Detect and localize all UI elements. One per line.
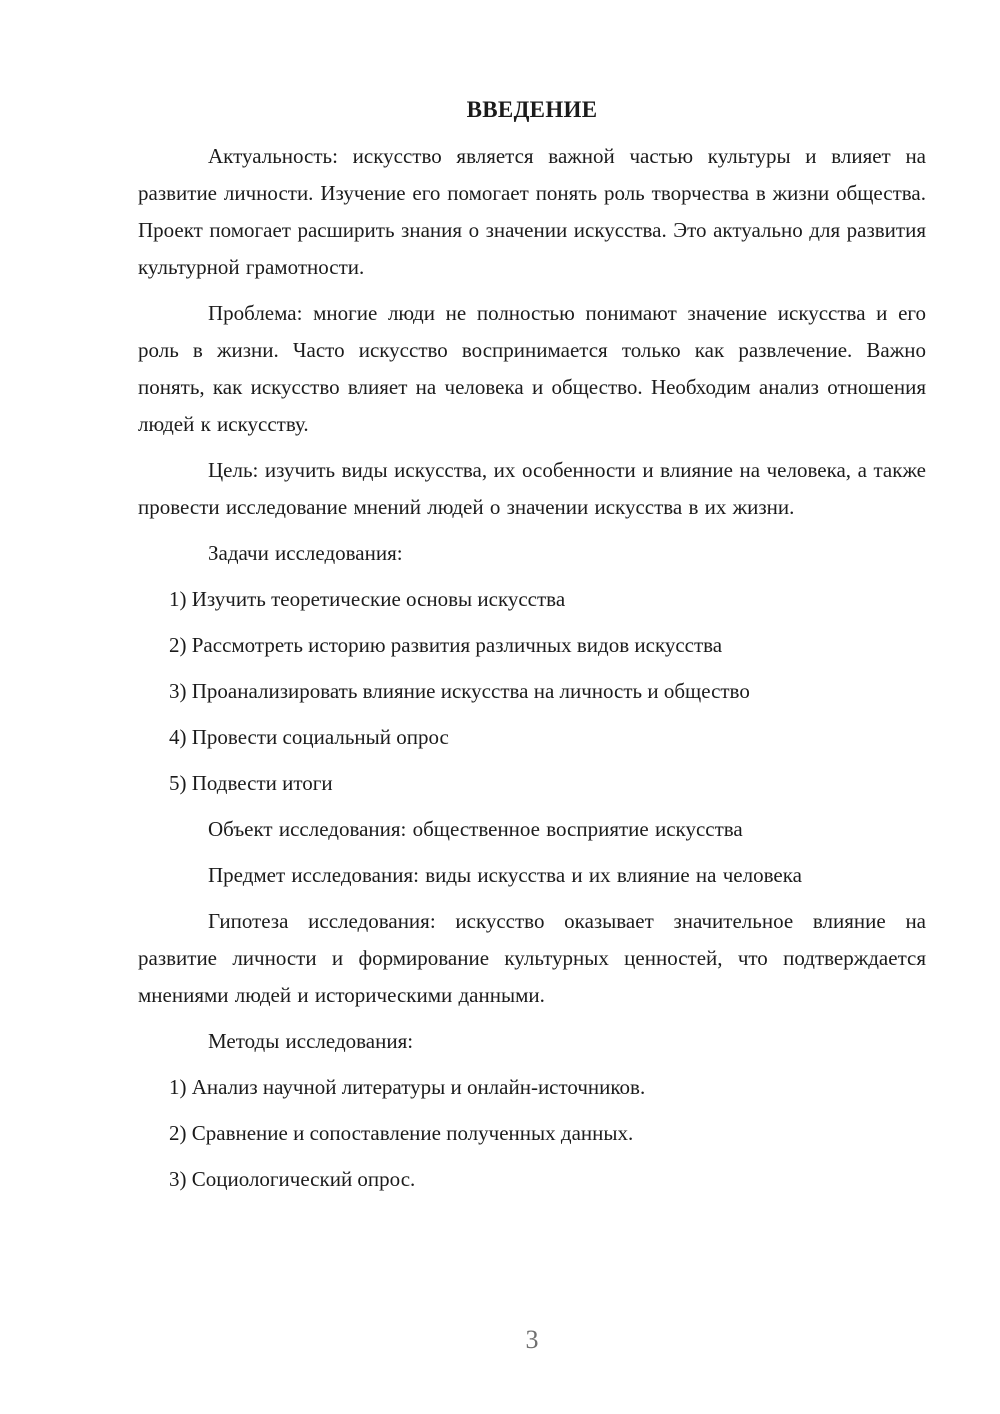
method-list-item: 3) Социологический опрос. [138, 1161, 926, 1198]
paragraph-goal: Цель: изучить виды искусства, их особенн… [138, 452, 926, 526]
paragraph-hypothesis: Гипотеза исследования: искусство оказыва… [138, 903, 926, 1014]
paragraph-object: Объект исследования: общественное воспри… [138, 811, 926, 848]
task-list-item: 3) Проанализировать влияние искусства на… [138, 673, 926, 710]
page-number: 3 [138, 1324, 926, 1356]
method-list-item: 2) Сравнение и сопоставление полученных … [138, 1115, 926, 1152]
task-list-item: 1) Изучить теоретические основы искусств… [138, 581, 926, 618]
task-list-item: 5) Подвести итоги [138, 765, 926, 802]
method-list-item: 1) Анализ научной литературы и онлайн-ис… [138, 1069, 926, 1106]
section-title: ВВЕДЕНИЕ [138, 96, 926, 124]
document-page: ВВЕДЕНИЕ Актуальность: искусство являетс… [0, 0, 1000, 1414]
paragraph-relevance: Актуальность: искусство является важной … [138, 138, 926, 286]
task-list-item: 2) Рассмотреть историю развития различны… [138, 627, 926, 664]
methods-heading: Методы исследования: [138, 1023, 926, 1060]
task-list-item: 4) Провести социальный опрос [138, 719, 926, 756]
paragraph-problem: Проблема: многие люди не полностью поним… [138, 295, 926, 443]
paragraph-subject: Предмет исследования: виды искусства и и… [138, 857, 926, 894]
tasks-heading: Задачи исследования: [138, 535, 926, 572]
